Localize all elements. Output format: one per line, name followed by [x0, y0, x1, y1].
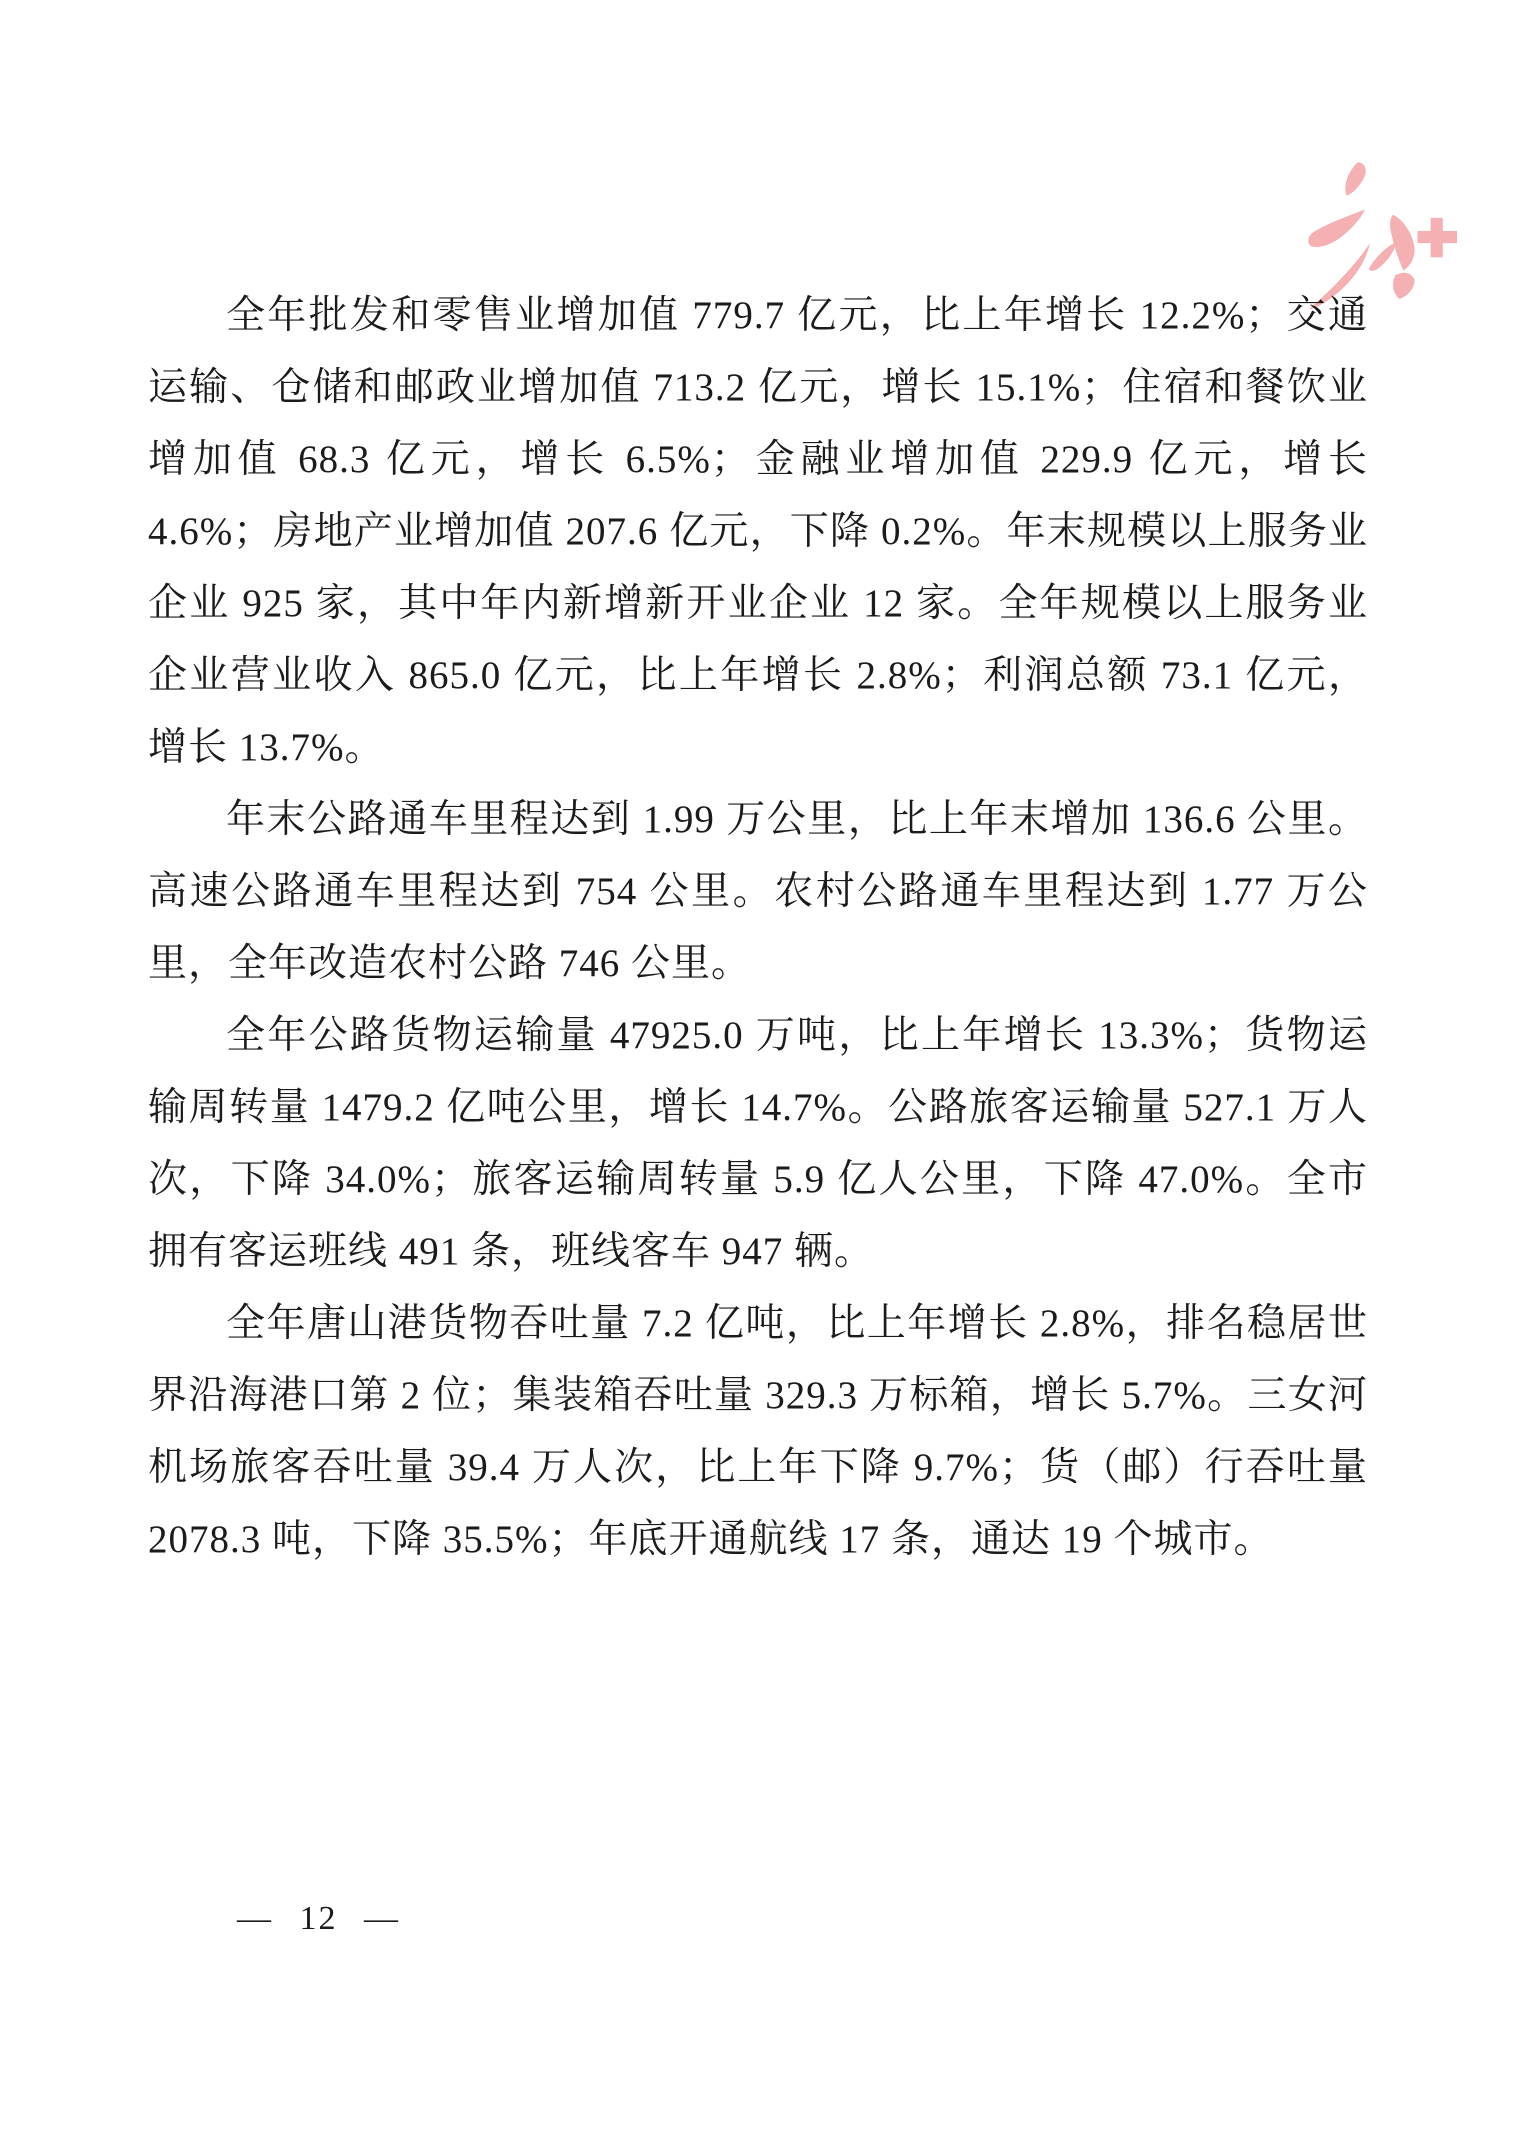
document-body: 全年批发和零售业增加值 779.7 亿元，比上年增长 12.2%；交通运输、仓储…: [148, 280, 1368, 1576]
paragraph-services-value-added: 全年批发和零售业增加值 779.7 亿元，比上年增长 12.2%；交通运输、仓储…: [148, 280, 1368, 784]
document-page: 全年批发和零售业增加值 779.7 亿元，比上年增长 12.2%；交通运输、仓储…: [0, 0, 1515, 2143]
paragraph-road-transport-volume: 全年公路货物运输量 47925.0 万吨，比上年增长 13.3%；货物运输周转量…: [148, 1000, 1368, 1288]
page-number: — 12 —: [237, 1900, 400, 1938]
paragraph-highway-mileage: 年末公路通车里程达到 1.99 万公里，比上年末增加 136.6 公里。高速公路…: [148, 784, 1368, 1000]
paragraph-port-airport-throughput: 全年唐山港货物吞吐量 7.2 亿吨，比上年增长 2.8%，排名稳居世界沿海港口第…: [148, 1288, 1368, 1576]
